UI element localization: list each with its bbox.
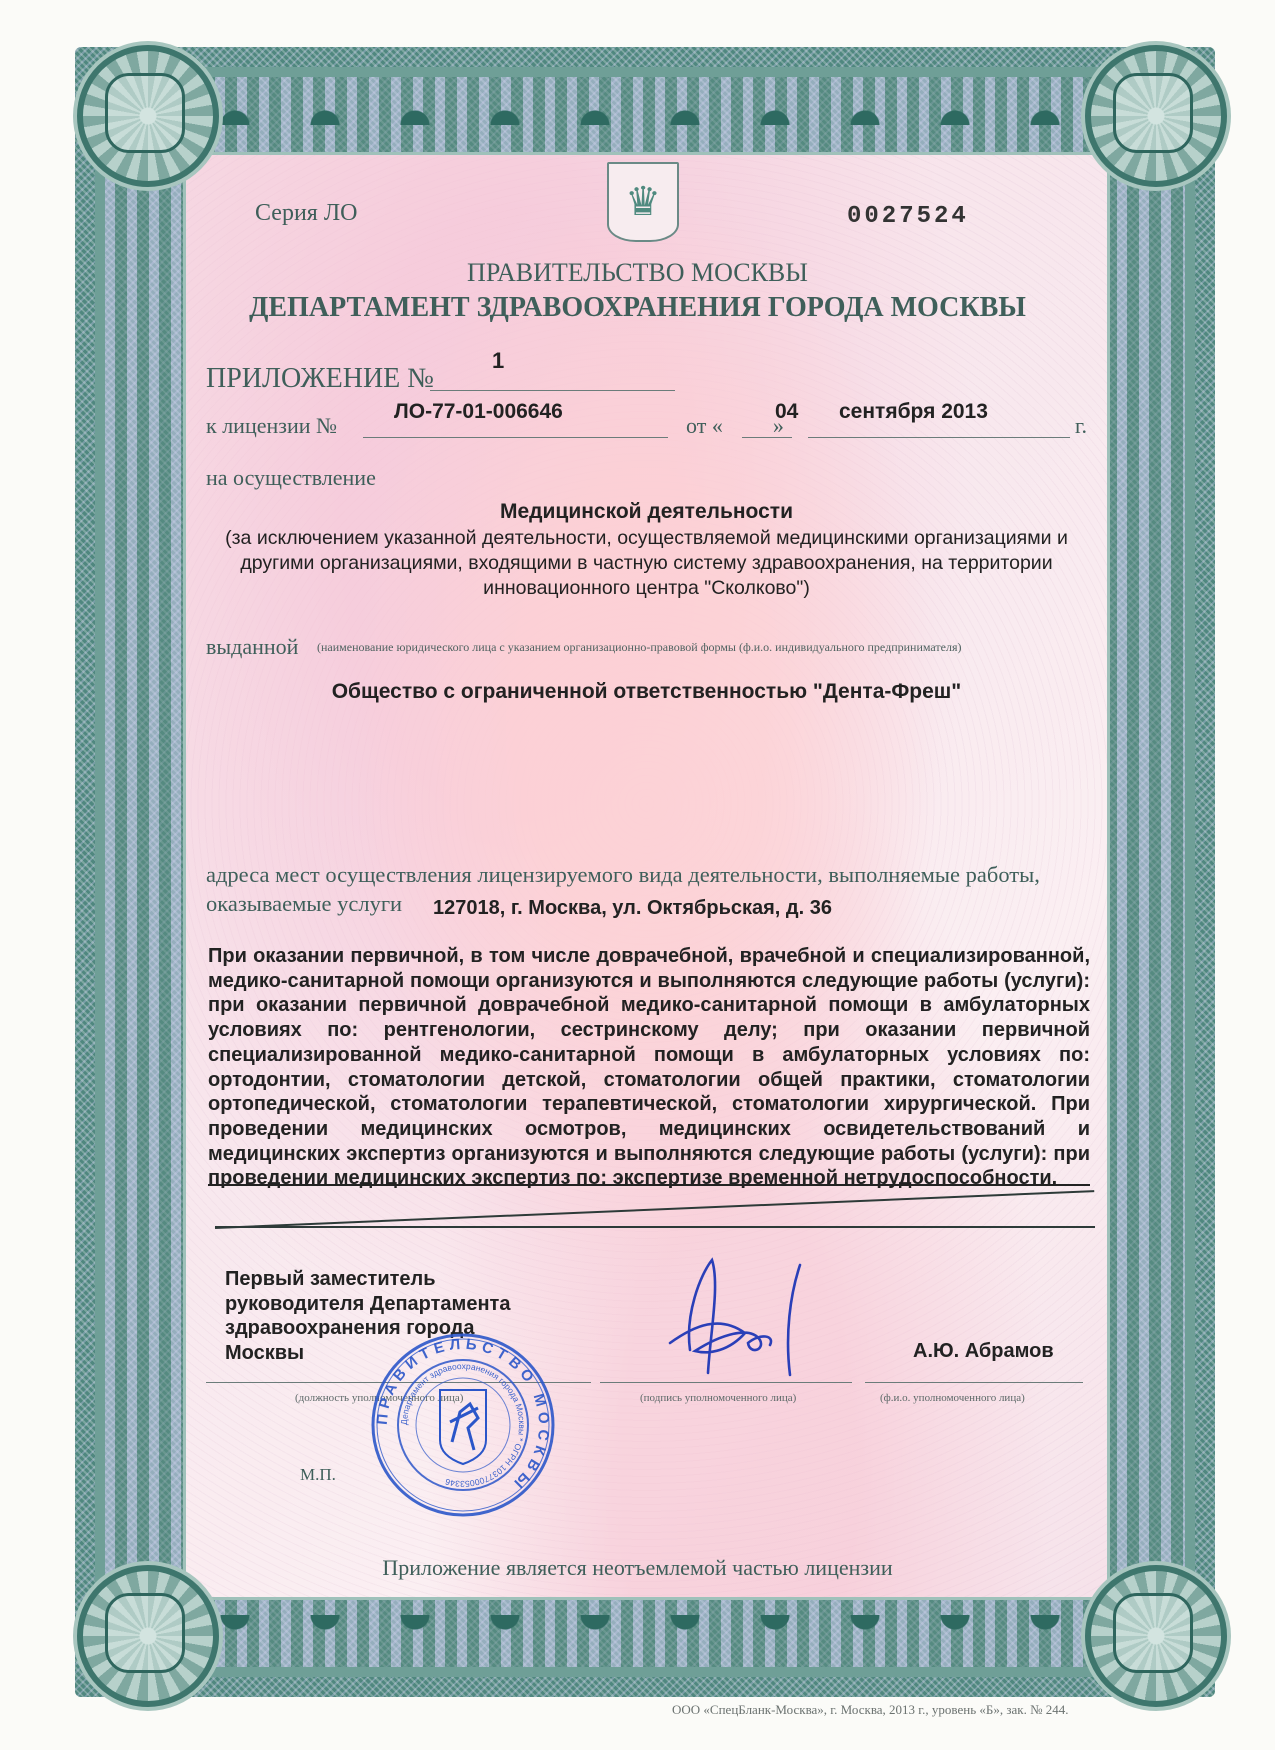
signer-name: А.Ю. Абрамов xyxy=(913,1340,1054,1363)
signer-position-line: Первый заместитель xyxy=(225,1267,510,1292)
issued-label: выданной xyxy=(206,634,298,660)
name-underline xyxy=(865,1382,1083,1383)
series-label: Серия ЛО xyxy=(255,200,357,227)
year-suffix: г. xyxy=(1075,413,1087,439)
corner-rosette-icon xyxy=(1085,45,1227,187)
svg-text:Департамент здравоохранения го: Департамент здравоохранения города Москв… xyxy=(399,1361,527,1489)
license-label: к лицензии № xyxy=(206,413,337,439)
services-text: При оказании первичной, в том числе довр… xyxy=(208,944,1090,1191)
official-stamp: ПРАВИТЕЛЬСТВО МОСКВЫ Департамент здравоо… xyxy=(370,1332,556,1518)
license-day: 04 xyxy=(775,400,798,424)
blank-number: 0027524 xyxy=(847,203,969,230)
date-from-label: от «» xyxy=(686,413,784,439)
printer-imprint: ООО «СпецБланк-Москва», г. Москва, 2013 … xyxy=(672,1702,1068,1718)
signature-underline xyxy=(600,1382,852,1383)
activity-label: на осуществление xyxy=(206,465,376,491)
corner-rosette-icon xyxy=(1085,1565,1227,1707)
department-title: ДЕПАРТАМЕНТ ЗДРАВООХРАНЕНИЯ ГОРОДА МОСКВ… xyxy=(0,292,1275,324)
month-underline xyxy=(808,437,1070,438)
appendix-number-underline xyxy=(430,390,675,391)
corner-rosette-icon xyxy=(77,45,219,187)
footer-note: Приложение является неотъемлемой частью … xyxy=(0,1555,1275,1581)
license-number: ЛО-77-01-006646 xyxy=(394,400,563,424)
services-end-rule xyxy=(208,1184,1090,1186)
appendix-label: ПРИЛОЖЕНИЕ № xyxy=(206,363,434,395)
handwritten-signature xyxy=(650,1255,825,1380)
russian-coat-of-arms-icon: ♛ xyxy=(607,162,679,242)
appendix-number: 1 xyxy=(492,348,504,374)
cancel-line-horizontal xyxy=(215,1226,1095,1228)
activity-note: (за исключением указанной деятельности, … xyxy=(200,526,1093,601)
license-month-year: сентября 2013 xyxy=(839,400,988,424)
address-value: 127018, г. Москва, ул. Октябрьская, д. 3… xyxy=(433,897,832,920)
signer-position-line: руководителя Департамента xyxy=(225,1292,510,1317)
activity-title: Медицинской деятельности xyxy=(183,500,1110,524)
border-scallop-bottom xyxy=(190,1615,1100,1645)
caption-signature: (подпись уполномоченного лица) xyxy=(640,1392,796,1404)
caption-name: (ф.и.о. уполномоченного лица) xyxy=(880,1392,1025,1404)
border-scallop-top xyxy=(190,95,1100,125)
day-underline xyxy=(742,437,792,438)
government-title: ПРАВИТЕЛЬСТВО МОСКВЫ xyxy=(0,258,1275,288)
license-number-underline xyxy=(363,437,668,438)
issued-hint: (наименование юридического лица с указан… xyxy=(317,640,962,655)
company-name: Общество с ограниченной ответственностью… xyxy=(183,680,1110,704)
seal-place-label: М.П. xyxy=(300,1465,336,1485)
corner-rosette-icon xyxy=(77,1565,219,1707)
